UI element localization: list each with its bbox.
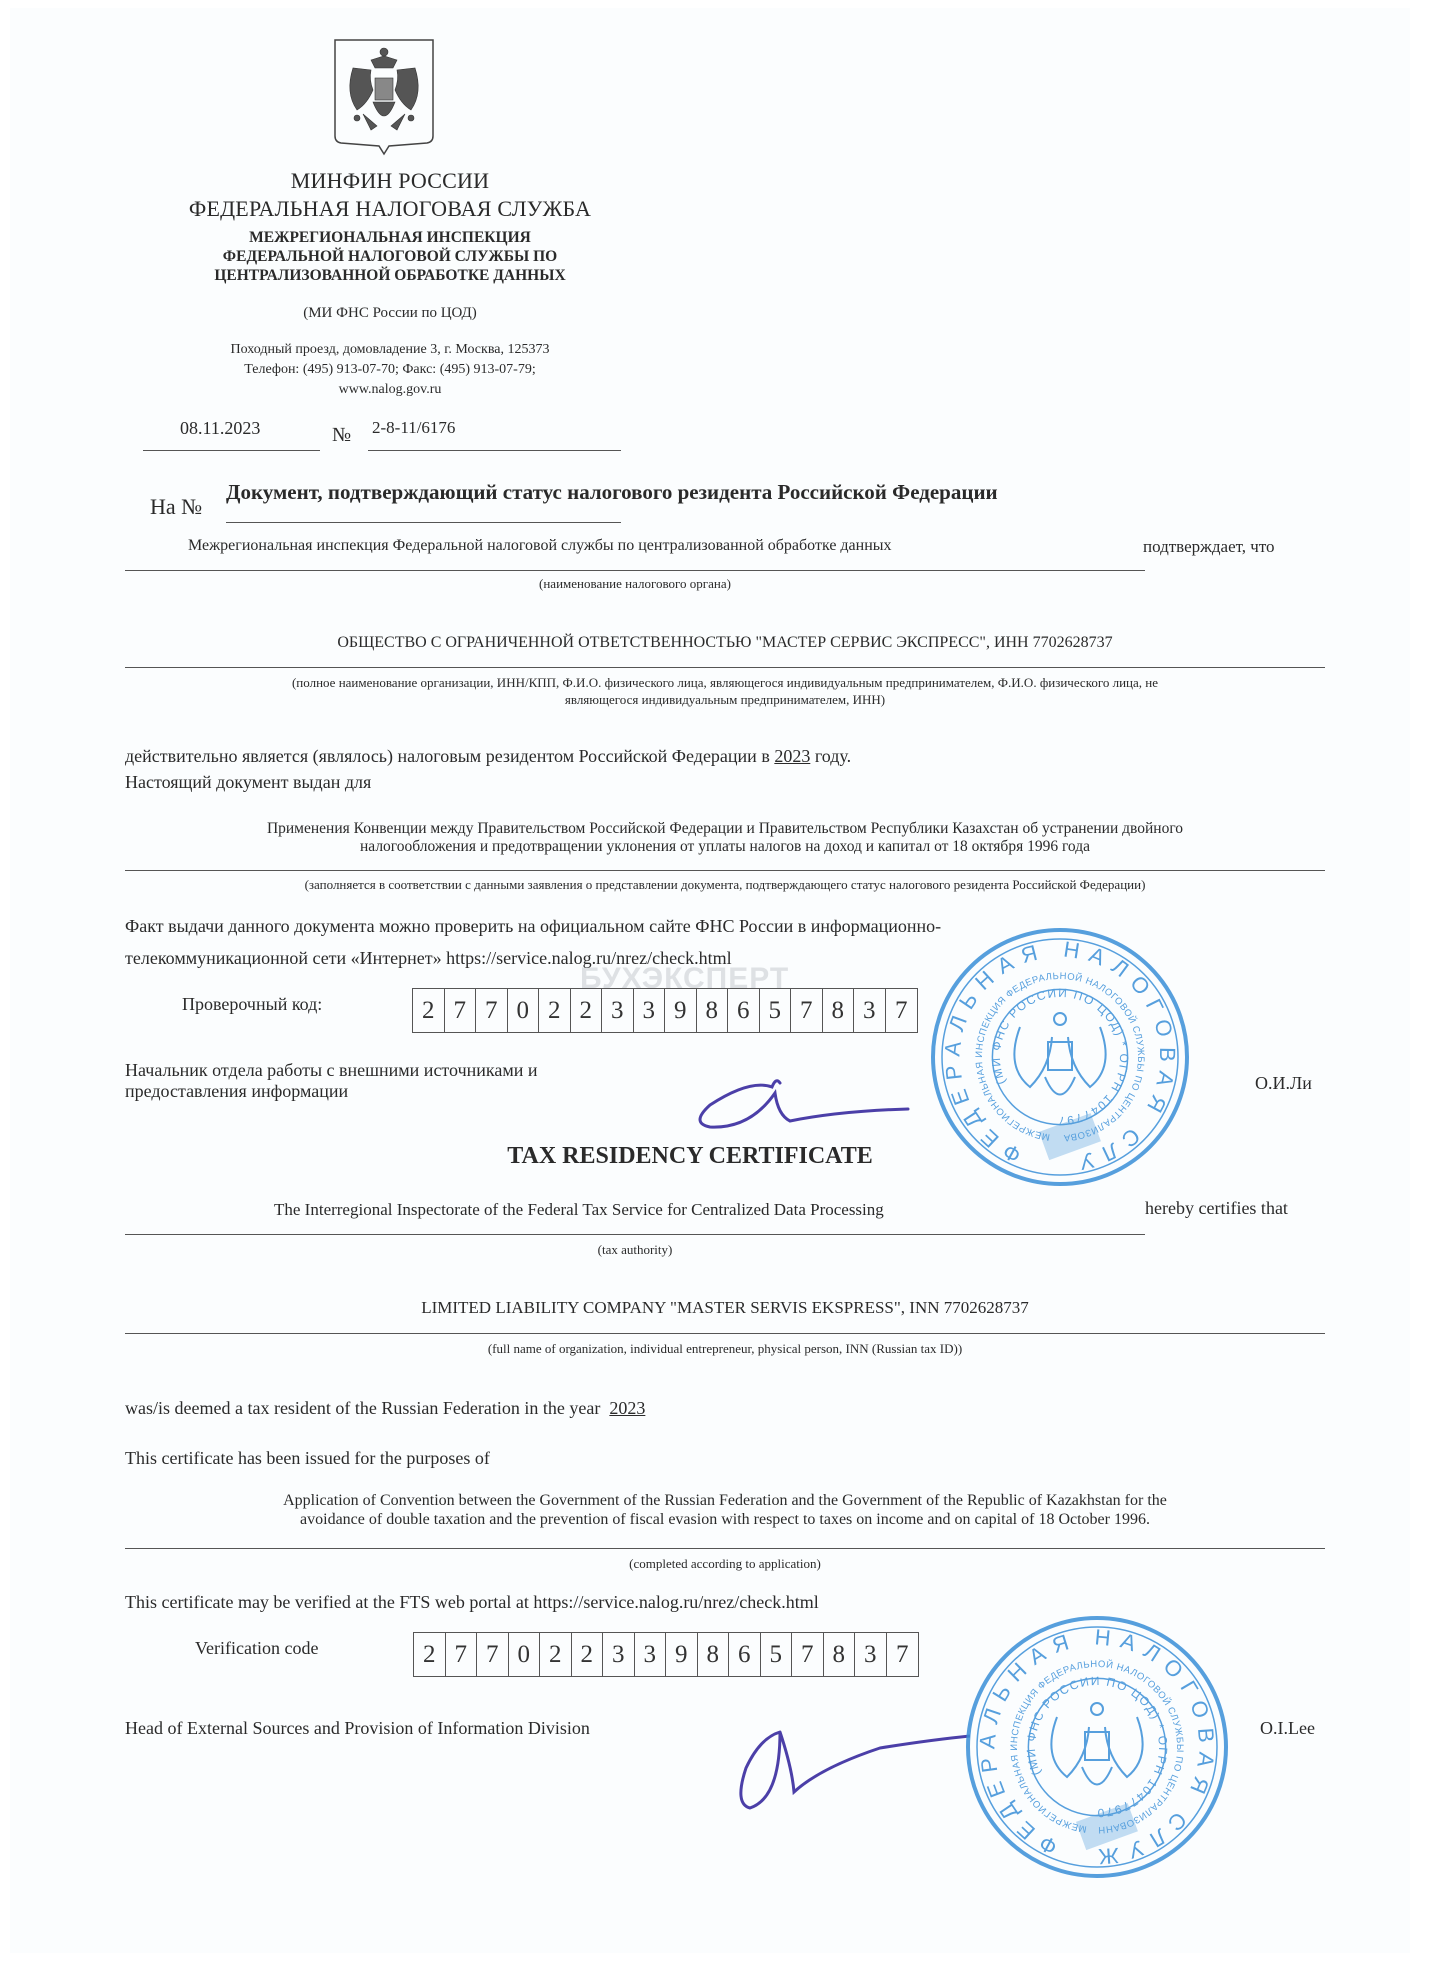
ru-resident-year: 2023: [774, 746, 810, 766]
taxpayer-underline: [125, 667, 1325, 668]
en-purpose-1: Application of Convention between the Go…: [120, 1492, 1330, 1510]
code-digit: 8: [698, 1633, 730, 1676]
inspection-line-3: ЦЕНТРАЛИЗОВАННОЙ ОБРАБОТКЕ ДАННЫХ: [150, 266, 630, 285]
en-title: TAX RESIDENCY CERTIFICATE: [430, 1143, 950, 1170]
code-digit: 9: [666, 1633, 698, 1676]
number-underline: [368, 450, 621, 451]
en-issued-for: This certificate has been issued for the…: [125, 1448, 490, 1469]
ru-authority: Межрегиональная инспекция Федеральной на…: [188, 537, 892, 555]
ru-taxpayer: ОБЩЕСТВО С ОГРАНИЧЕННОЙ ОТВЕТСТВЕННОСТЬЮ…: [125, 634, 1325, 652]
inspection-line-2: ФЕДЕРАЛЬНОЙ НАЛОГОВОЙ СЛУЖБЫ ПО: [150, 247, 630, 266]
coat-of-arms-icon: [333, 38, 435, 156]
ru-purpose-caption: (заполняется в соответствии с данными за…: [120, 877, 1330, 893]
website: www.nalog.gov.ru: [150, 380, 630, 400]
inspection-line-1: МЕЖРЕГИОНАЛЬНАЯ ИНСПЕКЦИЯ: [150, 228, 630, 247]
ru-signer-title-1: Начальник отдела работы с внешними источ…: [125, 1060, 538, 1081]
code-digit: 8: [824, 1633, 856, 1676]
address-line-2: Телефон: (495) 913-07-70; Факс: (495) 91…: [150, 360, 630, 380]
en-code-label: Verification code: [195, 1638, 318, 1659]
code-digit: 8: [823, 989, 855, 1032]
en-taxpayer-underline: [125, 1333, 1325, 1334]
number-sign: №: [332, 424, 351, 447]
code-digit: 3: [854, 989, 886, 1032]
code-digit: 3: [855, 1633, 887, 1676]
code-digit: 8: [697, 989, 729, 1032]
code-digit: 6: [728, 989, 760, 1032]
ru-issued-for: Настоящий документ выдан для: [125, 772, 371, 793]
code-digit: 2: [414, 1633, 446, 1676]
ru-verify-1: Факт выдачи данного документа можно пров…: [125, 916, 941, 937]
en-authority: The Interregional Inspectorate of the Fe…: [274, 1200, 884, 1220]
code-digit: 5: [761, 1633, 793, 1676]
official-stamp-icon: ФЕДЕРАЛЬНАЯ НАЛОГОВАЯ СЛУЖБАМЕЖРЕГИОНАЛЬ…: [930, 927, 1190, 1187]
code-digit: 2: [539, 989, 571, 1032]
ru-code-label: Проверочный код:: [182, 994, 322, 1015]
ru-resident-suffix: году.: [810, 746, 851, 766]
en-taxpayer: LIMITED LIABILITY COMPANY "MASTER SERVIS…: [120, 1298, 1330, 1318]
code-digit: 7: [887, 1633, 919, 1676]
ru-verification-code: 2770223398657837: [412, 988, 918, 1033]
ru-signer-name: О.И.Ли: [1255, 1073, 1312, 1094]
code-digit: 0: [509, 1633, 541, 1676]
ru-confirms: подтверждает, что: [1143, 537, 1275, 557]
purpose-underline: [125, 870, 1325, 871]
en-signer-title: Head of External Sources and Provision o…: [125, 1718, 590, 1739]
service-name: ФЕДЕРАЛЬНАЯ НАЛОГОВАЯ СЛУЖБА: [150, 196, 630, 222]
en-certifies: hereby certifies that: [1145, 1198, 1288, 1219]
document-number: 2-8-11/6176: [372, 418, 455, 438]
date-underline: [143, 450, 320, 451]
reference-label: На №: [150, 494, 202, 520]
code-digit: 7: [791, 989, 823, 1032]
code-digit: 3: [634, 989, 666, 1032]
en-verify: This certificate may be verified at the …: [125, 1592, 819, 1613]
code-digit: 0: [508, 989, 540, 1032]
en-authority-caption: (tax authority): [125, 1242, 1145, 1258]
code-digit: 3: [602, 989, 634, 1032]
ru-resident-prefix: действительно является (являлось) налого…: [125, 746, 774, 766]
ru-resident-statement: действительно является (являлось) налого…: [125, 746, 851, 767]
signature-icon: [680, 1075, 920, 1140]
ru-title: Документ, подтверждающий статус налогово…: [226, 480, 998, 505]
en-resident-prefix: was/is deemed a tax resident of the Russ…: [125, 1398, 609, 1418]
en-resident-year: 2023: [609, 1398, 645, 1418]
document-date: 08.11.2023: [180, 418, 260, 439]
en-purpose-2: avoidance of double taxation and the pre…: [120, 1511, 1330, 1529]
code-digit: 7: [792, 1633, 824, 1676]
code-digit: 2: [571, 989, 603, 1032]
code-digit: 7: [886, 989, 918, 1032]
code-digit: 7: [446, 1633, 478, 1676]
code-digit: 2: [540, 1633, 572, 1676]
signature-icon: [700, 1728, 970, 1828]
title-underline: [226, 522, 621, 523]
en-authority-underline: [125, 1234, 1145, 1235]
code-digit: 6: [729, 1633, 761, 1676]
ru-purpose-2: налогообложения и предотвращении уклонен…: [120, 838, 1330, 856]
authority-underline: [125, 570, 1145, 571]
en-taxpayer-caption: (full name of organization, individual e…: [120, 1341, 1330, 1357]
inspection-abbr: (МИ ФНС России по ЦОД): [150, 303, 630, 323]
en-purpose-caption: (completed according to application): [120, 1556, 1330, 1572]
code-digit: 3: [603, 1633, 635, 1676]
code-digit: 9: [665, 989, 697, 1032]
official-stamp-icon: ФЕДЕРАЛЬНАЯ НАЛОГОВАЯ СЛУЖБАМЕЖРЕГИОНАЛЬ…: [965, 1615, 1229, 1879]
en-purpose-underline: [125, 1548, 1325, 1549]
ru-taxpayer-caption-2: являющегося индивидуальным предпринимате…: [120, 692, 1330, 708]
ru-authority-caption: (наименование налогового органа): [125, 576, 1145, 592]
code-digit: 2: [572, 1633, 604, 1676]
code-digit: 7: [445, 989, 477, 1032]
ru-purpose-1: Применения Конвенции между Правительство…: [120, 820, 1330, 838]
address-line-1: Походный проезд, домовладение 3, г. Моск…: [150, 340, 630, 360]
en-verification-code: 2770223398657837: [413, 1632, 919, 1677]
ru-taxpayer-caption-1: (полное наименование организации, ИНН/КП…: [120, 675, 1330, 691]
en-resident-statement: was/is deemed a tax resident of the Russ…: [125, 1398, 645, 1419]
ru-signer-title-2: предоставления информации: [125, 1081, 348, 1102]
ministry-name: МИНФИН РОССИИ: [150, 168, 630, 194]
code-digit: 3: [635, 1633, 667, 1676]
code-digit: 7: [476, 989, 508, 1032]
code-digit: 5: [760, 989, 792, 1032]
en-signer-name: O.I.Lee: [1260, 1718, 1315, 1739]
code-digit: 2: [413, 989, 445, 1032]
code-digit: 7: [477, 1633, 509, 1676]
